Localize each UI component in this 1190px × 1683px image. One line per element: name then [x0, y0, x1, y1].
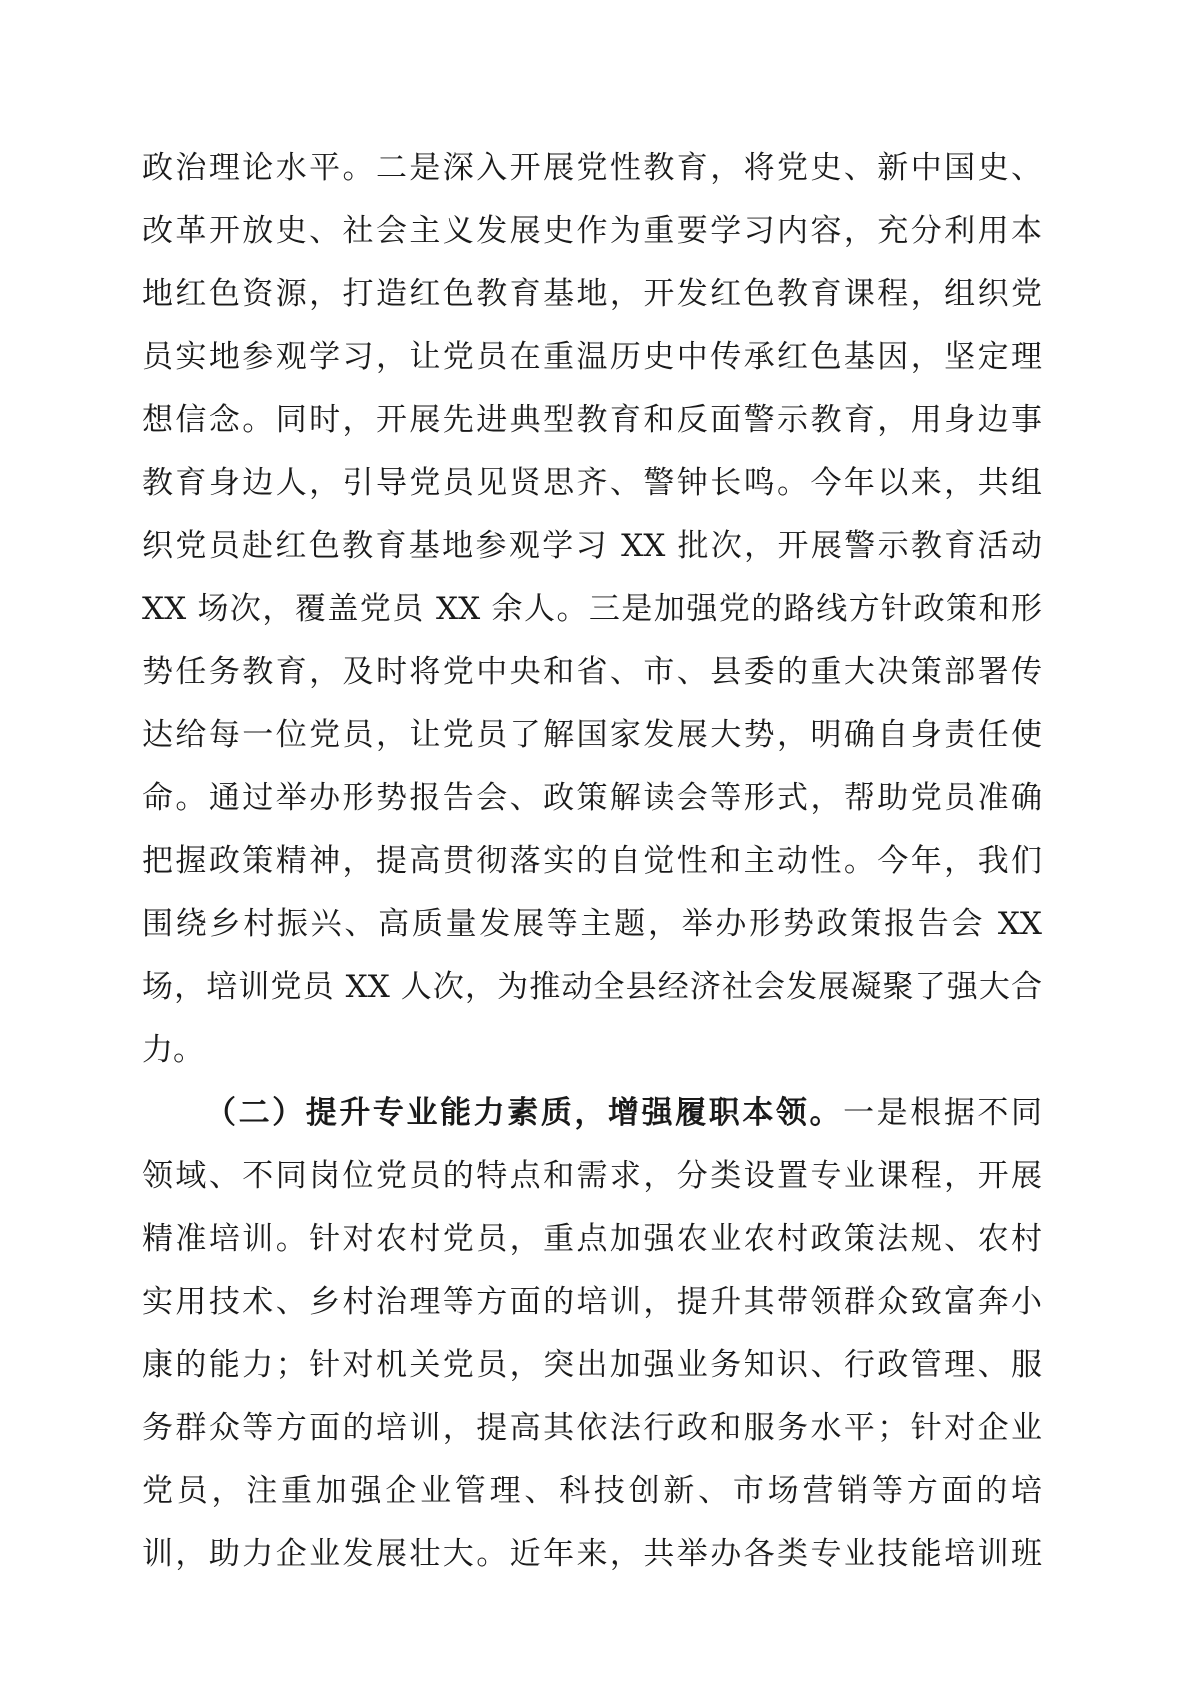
paragraph-line: 实用技术、乡村治理等方面的培训，提升其带领群众致富奔小 [142, 1282, 1042, 1322]
paragraph-line: 教育身边人，引导党员见贤思齐、警钟长鸣。今年以来，共组 [142, 463, 1042, 503]
paragraph-line: 势任务教育，及时将党中央和省、市、县委的重大决策部署传 [142, 652, 1042, 692]
paragraph-line: 围绕乡村振兴、高质量发展等主题，举办形势政策报告会 XX [142, 904, 1042, 944]
paragraph-line: 达给每一位党员，让党员了解国家发展大势，明确自身责任使 [142, 715, 1042, 755]
paragraph-line: 员实地参观学习，让党员在重温历史中传承红色基因，坚定理 [142, 337, 1042, 377]
paragraph-line: 领域、不同岗位党员的特点和需求，分类设置专业课程，开展 [142, 1156, 1042, 1196]
paragraph-line: 织党员赴红色教育基地参观学习 XX 批次，开展警示教育活动 [142, 526, 1042, 566]
paragraph-line: 康的能力；针对机关党员，突出加强业务知识、行政管理、服 [142, 1345, 1042, 1385]
paragraph-line: 把握政策精神，提高贯彻落实的自觉性和主动性。今年，我们 [142, 841, 1042, 881]
paragraph-line: 精准培训。针对农村党员，重点加强农业农村政策法规、农村 [142, 1219, 1042, 1259]
document-page: 政治理论水平。二是深入开展党性教育，将党史、新中国史、 改革开放史、社会主义发展… [0, 0, 1190, 1683]
paragraph-line: 地红色资源，打造红色教育基地，开发红色教育课程，组织党 [142, 274, 1042, 314]
paragraph-line: 政治理论水平。二是深入开展党性教育，将党史、新中国史、 [142, 148, 1042, 188]
paragraph-line: 场，培训党员 XX 人次，为推动全县经济社会发展凝聚了强大合 [142, 967, 1042, 1007]
paragraph-line: 党员，注重加强企业管理、科技创新、市场营销等方面的培 [142, 1471, 1042, 1511]
paragraph-line: XX 场次，覆盖党员 XX 余人。三是加强党的路线方针政策和形 [142, 589, 1042, 629]
paragraph-line: 务群众等方面的培训，提高其依法行政和服务水平；针对企业 [142, 1408, 1042, 1448]
paragraph-line: 训，助力企业发展壮大。近年来，共举办各类专业技能培训班 [142, 1534, 1042, 1574]
paragraph-line: 想信念。同时，开展先进典型教育和反面警示教育，用身边事 [142, 400, 1042, 440]
paragraph-line: 力。 [142, 1030, 1042, 1070]
section-heading: （二）提升专业能力素质，增强履职本领。 [205, 1095, 843, 1131]
paragraph-line: 命。通过举办形势报告会、政策解读会等形式，帮助党员准确 [142, 778, 1042, 818]
section-heading-line: （二）提升专业能力素质，增强履职本领。一是根据不同 [205, 1093, 1042, 1133]
section-heading-rest: 一是根据不同 [843, 1095, 1042, 1131]
paragraph-line: 改革开放史、社会主义发展史作为重要学习内容，充分利用本 [142, 211, 1042, 251]
